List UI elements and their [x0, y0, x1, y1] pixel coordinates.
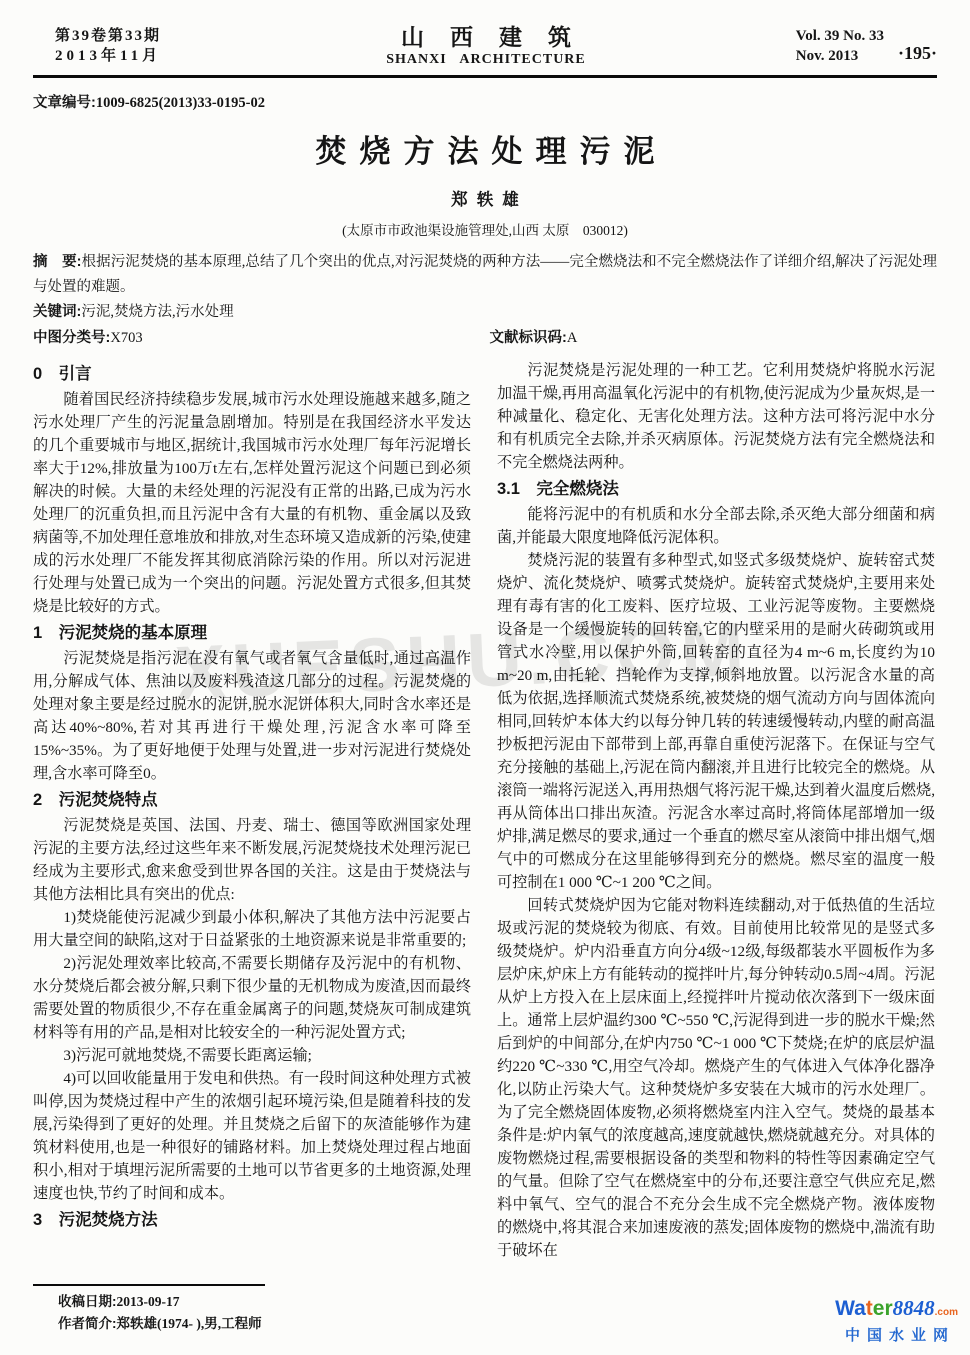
paragraph: 随着国民经济持续稳步发展,城市污水处理设施越来越多,随之污水处理厂产生的污泥量急…	[33, 388, 471, 618]
page-content: 第39卷第33期 2013年11月 山西建筑 SHANXI ARCHITECTU…	[0, 0, 970, 1351]
section-heading-1: 1 污泥焚烧的基本原理	[33, 620, 471, 646]
paragraph: 焚烧污泥的装置有多种型式,如竖式多级焚烧炉、旋转窑式焚烧炉、流化焚烧炉、喷雾式焚…	[497, 549, 935, 894]
article-title: 焚烧方法处理污泥	[33, 132, 937, 172]
body-columns: 0 引言 随着国民经济持续稳步发展,城市污水处理设施越来越多,随之污水处理厂产生…	[33, 359, 937, 1351]
abstract-text: 根据污泥焚烧的基本原理,总结了几个突出的优点,对污泥焚烧的两种方法——完全燃烧法…	[33, 254, 937, 295]
section-heading-0: 0 引言	[33, 361, 471, 387]
water8848-wordmark: Water8848.com	[835, 1297, 958, 1324]
paragraph: 污泥焚烧是污泥处理的一种工艺。它利用焚烧炉将脱水污泥加温干燥,再用高温氧化污泥中…	[497, 359, 935, 474]
logo-segment: er	[873, 1297, 893, 1320]
water8848-tagline: 中国水业网	[835, 1326, 958, 1345]
page-number-badge: ·195·	[898, 43, 937, 64]
abstract-line: 摘 要:根据污泥焚烧的基本原理,总结了几个突出的优点,对污泥焚烧的两种方法——完…	[33, 250, 937, 300]
journal-title-block: 山西建筑 SHANXI ARCHITECTURE	[270, 26, 702, 68]
paragraph: 1)焚烧能使污泥减少到最小体积,解决了其他方法中污泥要占用大量空间的缺陷,这对于…	[33, 906, 471, 952]
footnote-block: 收稿日期:2013-09-17 作者简介:郑轶雄(1974- ),男,工程师	[33, 1284, 471, 1351]
volume-en: Vol. 39 No. 33	[796, 26, 884, 46]
abstract-label: 摘 要:	[33, 254, 82, 270]
left-column: 0 引言 随着国民经济持续稳步发展,城市污水处理设施越来越多,随之污水处理厂产生…	[33, 359, 471, 1351]
issue-volume-cn: 第39卷第33期	[55, 26, 270, 46]
logo-segment: Wa	[835, 1297, 866, 1320]
author-name: 郑轶雄	[33, 186, 937, 210]
footnote-divider	[33, 1284, 265, 1286]
journal-page: XUESHU.COM 第39卷第33期 2013年11月 山西建筑 SHANXI…	[0, 0, 970, 1355]
clc-label: 中图分类号:	[33, 330, 110, 346]
paragraph: 3)污泥可就地焚烧,不需要长距离运输;	[33, 1044, 471, 1067]
article-number-value: 1009-6825(2013)33-0195-02	[96, 95, 265, 111]
header-divider	[33, 75, 937, 78]
issue-info: 第39卷第33期 2013年11月	[33, 26, 270, 66]
clc-value: X703	[110, 330, 142, 346]
journal-name-cn: 山西建筑	[270, 26, 702, 50]
keywords-line: 关键词:污泥,焚烧方法,污水处理	[33, 300, 937, 325]
abstract-block: 摘 要:根据污泥焚烧的基本原理,总结了几个突出的优点,对污泥焚烧的两种方法——完…	[33, 250, 937, 351]
document-code-value: A	[567, 330, 577, 346]
keywords-label: 关键词:	[33, 304, 81, 320]
right-column: 污泥焚烧是污泥处理的一种工艺。它利用焚烧炉将脱水污泥加温干燥,再用高温氧化污泥中…	[497, 359, 935, 1351]
author-bio-value: 郑轶雄(1974- ),男,工程师	[117, 1316, 262, 1331]
section-heading-3-1: 3.1 完全燃烧法	[497, 476, 935, 502]
journal-header: 第39卷第33期 2013年11月 山西建筑 SHANXI ARCHITECTU…	[33, 26, 937, 68]
received-date-line: 收稿日期:2013-09-17	[33, 1291, 471, 1313]
paragraph: 4)可以回收能量用于发电和供热。有一段时间这种处理方式被叫停,因为焚烧过程中产生…	[33, 1067, 471, 1205]
paragraph: 2)污泥处理效率比较高,不需要长期储存及污泥中的有机物、水分焚烧后都会被分解,只…	[33, 952, 471, 1044]
paragraph: 污泥焚烧是指污泥在没有氧气或者氧气含量低时,通过高温作用,分解成气体、焦油以及废…	[33, 647, 471, 785]
article-number: 文章编号:1009-6825(2013)33-0195-02	[33, 91, 937, 112]
document-code-label: 文献标识码:	[490, 330, 567, 346]
paragraph: 能将污泥中的有机质和水分全部去除,杀灭绝大部分细菌和病菌,并能最大限度地降低污泥…	[497, 503, 935, 549]
author-bio-line: 作者简介:郑轶雄(1974- ),男,工程师	[33, 1313, 471, 1335]
issue-date-cn: 2013年11月	[55, 46, 270, 66]
logo-segment: t	[866, 1297, 873, 1320]
author-affiliation: (太原市市政池渠设施管理处,山西 太原 030012)	[33, 219, 937, 239]
volume-lines: Vol. 39 No. 33 Nov. 2013	[796, 26, 884, 66]
section-heading-3: 3 污泥焚烧方法	[33, 1207, 471, 1233]
author-bio-label: 作者简介:	[58, 1316, 117, 1331]
received-date-value: 2013-09-17	[117, 1294, 180, 1309]
received-date-label: 收稿日期:	[58, 1294, 117, 1309]
logo-segment: 8848	[893, 1296, 935, 1320]
date-en: Nov. 2013	[796, 46, 884, 66]
section-heading-2: 2 污泥焚烧特点	[33, 787, 471, 813]
article-number-label: 文章编号:	[33, 95, 96, 111]
paragraph: 回转式焚烧炉因为它能对物料连续翻动,对于低热值的生活垃圾或污泥的焚烧较为彻底、有…	[497, 894, 935, 1262]
keywords-text: 污泥,焚烧方法,污水处理	[81, 304, 233, 320]
clc-number: 中图分类号:X703	[33, 326, 490, 351]
volume-info: Vol. 39 No. 33 Nov. 2013 ·195·	[702, 26, 937, 66]
document-code: 文献标识码:A	[490, 326, 578, 351]
water8848-logo: Water8848.com 中国水业网	[835, 1297, 958, 1345]
paragraph: 污泥焚烧是英国、法国、丹麦、瑞士、德国等欧洲国家处理污泥的主要方法,经过这些年来…	[33, 814, 471, 906]
logo-segment: .com	[935, 1307, 958, 1318]
classification-row: 中图分类号:X703 文献标识码:A	[33, 326, 937, 351]
journal-name-en: SHANXI ARCHITECTURE	[270, 51, 702, 68]
